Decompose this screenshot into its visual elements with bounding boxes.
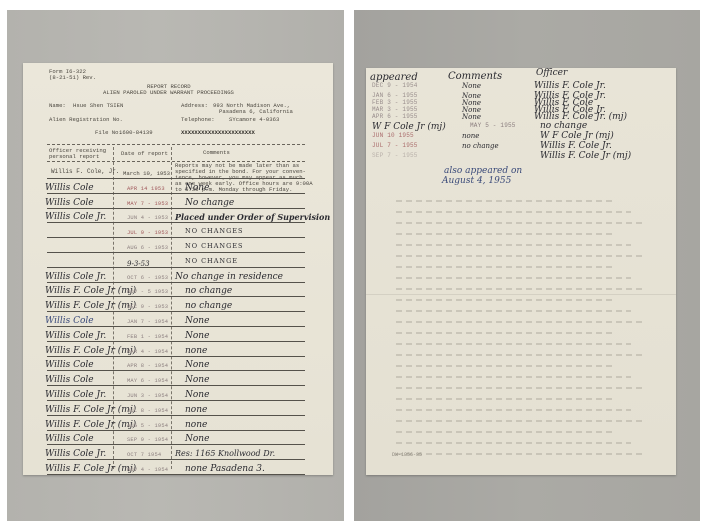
officer-signature: Willis Cole (45, 316, 94, 326)
bleed-through-line (396, 409, 631, 411)
officer-signature: Willis F. Cole Jr (mj) (45, 301, 136, 311)
officer-signature: W F Cole Jr (mj) (540, 131, 614, 141)
address-line-2: Pasadena 6, California (219, 109, 293, 115)
officer-signature: Willis F. Cole Jr (mj) (540, 151, 631, 161)
report-comment: none Pasadena 3. (185, 464, 265, 474)
officer-signature: Willis F. Cole Jr (mj) (45, 286, 136, 296)
row-divider (47, 282, 305, 283)
officer-signature: Willis Cole (45, 360, 94, 370)
report-comment: NO CHANGE (185, 257, 238, 265)
officer-signature: Willis F. Cole Jr (mj) (45, 464, 136, 474)
bleed-through-line (396, 365, 616, 367)
officer-signature: Willis Cole (45, 375, 94, 385)
note-line-1: also appeared on (444, 166, 522, 176)
telephone-value: SYcamore 4-0363 (229, 117, 279, 123)
back-comment: None (462, 82, 481, 90)
appeared-date: DEC 9 - 1954 (372, 82, 418, 89)
report-date: AUG 6 - 1953 (127, 245, 168, 251)
name-label: Name: (49, 103, 66, 109)
report-date: 9-3-53 (127, 260, 150, 268)
note-line-2: August 4, 1955 (442, 176, 511, 186)
bleed-through-line (396, 387, 646, 389)
report-comment: no change (185, 286, 232, 296)
row-divider (47, 237, 305, 238)
report-comment: none (185, 346, 207, 356)
row-divider (47, 311, 305, 312)
bleed-through-line (396, 211, 631, 213)
report-comment: NO CHANGES (185, 242, 244, 250)
officer-signature: Willis Cole Jr. (45, 272, 106, 282)
report-comment: None (185, 316, 209, 326)
bleed-through-line (396, 354, 646, 356)
report-date: DEC 9 - 1953 (127, 304, 168, 310)
bleed-through-line (396, 310, 631, 312)
report-date: JUN 3 - 1954 (127, 393, 168, 399)
report-comment: None (185, 360, 209, 370)
bleed-through-line (396, 376, 631, 378)
report-record-front: Form I6-322 (8-21-51) Rev. REPORT RECORD… (23, 63, 333, 475)
officer-signature: Willis Cole (45, 434, 94, 444)
officer-signature: Willis F. Cole Jr (mj) (45, 405, 136, 415)
bleed-through-line (396, 277, 631, 279)
row-divider (47, 193, 305, 194)
report-date: APR 8 - 1954 (127, 363, 168, 369)
bleed-through-line (396, 431, 616, 433)
row-divider (47, 415, 305, 416)
file-number-value: 1600-84139 (119, 130, 153, 136)
back-comment: MAY 5 - 1955 (470, 122, 516, 129)
officer-signature: Willis F. Cole Jr. (540, 141, 612, 151)
report-comment: NO CHANGES (185, 227, 244, 235)
appeared-date: JUL 7 - 1955 (372, 142, 418, 149)
row-divider (47, 356, 305, 357)
front-page-photo: Form I6-322 (8-21-51) Rev. REPORT RECORD… (7, 10, 344, 521)
column-header-comments: Comments (448, 71, 502, 82)
row-divider (47, 296, 305, 297)
appeared-date: APR 6 - 1955 (372, 113, 418, 120)
row-divider (47, 459, 305, 460)
report-comment: None (185, 434, 209, 444)
report-date: AUG 5 - 1954 (127, 423, 168, 429)
officer-signature: no change (540, 121, 587, 131)
bleed-through-line (396, 244, 631, 246)
row-divider (47, 222, 305, 223)
row-divider (47, 326, 305, 327)
report-date: SEP 9 - 1954 (127, 437, 168, 443)
bleed-through-line (396, 420, 646, 422)
officer-signature: Willis Cole (45, 183, 94, 193)
column-header-date: Date of report (121, 151, 168, 157)
report-comment: Placed under Order of Supervision (175, 212, 330, 222)
back-comment: no change (462, 142, 499, 150)
report-date: OCT 7 1954 (127, 452, 161, 458)
bleed-through-line (396, 288, 646, 290)
bleed-through-line (396, 299, 616, 301)
row-divider (47, 252, 305, 253)
report-date: JUL 8 - 1954 (127, 408, 168, 414)
report-date: MAY 6 - 1954 (127, 378, 168, 384)
bleed-through-line (396, 200, 616, 202)
bleed-through-line (396, 321, 646, 323)
report-date: JAN 7 - 1954 (127, 319, 168, 325)
report-comment: no change (185, 301, 232, 311)
back-comment: None (462, 113, 481, 121)
bleed-through-line (396, 332, 616, 334)
report-comment: None (185, 375, 209, 385)
officer-signature: Willis F. Cole, Jr. (51, 168, 119, 175)
report-date: FEB 1 - 1954 (127, 334, 168, 340)
form-revision: (8-21-51) Rev. (49, 75, 96, 81)
report-comment: Res: 1165 Knollwood Dr. (175, 449, 275, 458)
officer-signature: Willis F. Cole Jr. (534, 81, 606, 91)
header-divider (47, 144, 305, 145)
report-date: NOV - 5 1953 (127, 289, 168, 295)
bleed-through-line (396, 343, 631, 345)
row-divider (47, 385, 305, 386)
appeared-date: FEB 3 - 1955 (372, 99, 418, 106)
report-date: MAY 7 - 1953 (127, 201, 168, 207)
officer-signature: Willis Cole Jr. (45, 449, 106, 459)
officer-signature: Willis Cole Jr. (45, 390, 106, 400)
back-page-photo: appeared Comments Officer DEC 9 - 1954No… (354, 10, 700, 521)
report-date: OCT 6 - 1953 (127, 275, 168, 281)
report-record-back: appeared Comments Officer DEC 9 - 1954No… (366, 68, 676, 475)
back-comment: none (462, 132, 479, 140)
column-divider-2 (171, 147, 172, 469)
name-value: Hsue Shen TSIEN (73, 103, 123, 109)
report-comment: none (185, 405, 207, 415)
row-divider (47, 341, 305, 342)
report-date: JUL 9 - 1953 (127, 230, 168, 236)
row-divider (47, 400, 305, 401)
footer-mark: DW-1856-35 (392, 452, 422, 458)
row-divider (47, 444, 305, 445)
bleed-through-line (396, 442, 631, 444)
report-comment: none (185, 420, 207, 430)
report-comment: None (185, 331, 209, 341)
struck-out-text: XXXXXXXXXXXXXXXXXXXXXX (181, 130, 255, 136)
officer-signature: Willis Cole Jr. (45, 212, 106, 222)
appeared-date: SEP 7 - 1955 (372, 152, 418, 159)
report-date: NOV 4 - 1954 (127, 467, 168, 473)
report-date: APR 14 1953 (127, 186, 165, 192)
row-divider (47, 178, 305, 179)
bleed-through-line (396, 222, 646, 224)
officer-signature: Willis F. Cole Jr (mj) (45, 346, 136, 356)
officer-signature: Willis Cole (45, 198, 94, 208)
report-date: JUN 4 - 1953 (127, 215, 168, 221)
report-comment: No change in residence (175, 272, 283, 282)
column-header-officer: Officer (536, 68, 567, 78)
telephone-label: Telephone: (181, 117, 215, 123)
appeared-date: JAN 6 - 1955 (372, 92, 418, 99)
column-header-comments: Comments (203, 150, 230, 156)
report-comment: None (185, 390, 209, 400)
address-label: Address: (181, 103, 208, 109)
row-divider (47, 208, 305, 209)
officer-signature: Willis Cole Jr. (45, 331, 106, 341)
appeared-date: W F Cole Jr (mj) (372, 122, 446, 132)
report-comment: None (185, 183, 209, 193)
report-date: March 10, 1953 (123, 171, 170, 177)
document-subtitle: ALIEN PAROLED UNDER WARRANT PROCEEDINGS (103, 90, 234, 96)
file-number-label: File No. (95, 130, 122, 136)
bleed-through-line (396, 398, 616, 400)
report-date: MAR 4 - 1954 (127, 349, 168, 355)
report-comment: No change (185, 198, 234, 208)
bleed-through-line (396, 266, 616, 268)
bleed-through-line (396, 255, 646, 257)
fold-crease (366, 294, 676, 295)
appeared-date: JUN 10 1955 (372, 132, 414, 139)
bleed-through-line (396, 233, 616, 235)
bleed-through-line (396, 453, 646, 455)
alien-registration-label: Alien Registration No. (49, 117, 123, 123)
appeared-date: MAR 3 - 1955 (372, 106, 418, 113)
row-divider (47, 370, 305, 371)
column-header-officer-2: personal report (49, 154, 99, 160)
row-divider (47, 474, 305, 475)
row-divider (47, 430, 305, 431)
row-divider (47, 267, 305, 268)
officer-signature: Willis F. Cole Jr (mj) (45, 420, 136, 430)
